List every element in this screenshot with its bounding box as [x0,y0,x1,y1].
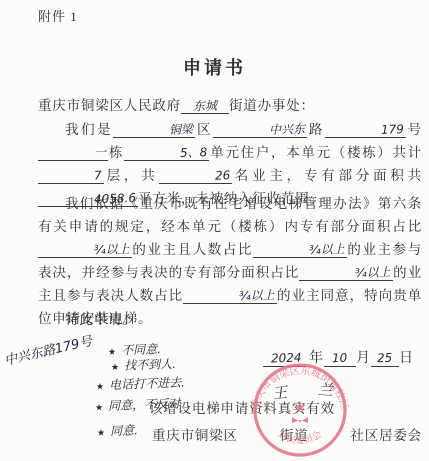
printed-text: 的业主且人数占比 [132,242,253,257]
star-icon: ★ [96,382,104,392]
committee-district: 重庆市铜梁区 [152,428,238,443]
printed-text: 名业主，专有部分面积共 [232,168,422,183]
printed-text: 我们依据《重庆市既有住宅增设电梯管理办法》第六条有关申请的规定，经本单元（楼栋）… [38,196,422,234]
handwritten-value: 中兴东 [242,122,305,138]
blank-fill: 5、8 [124,146,209,161]
handwritten-value: ¾以上 [328,265,391,281]
closing-line: 特此申请。 [38,308,429,328]
star-icon: ★ [95,403,103,413]
seal-star-icon: ★ [293,400,306,416]
official-seal: 重庆市铜梁区东城街道社区 居民委员会 ★ [250,360,350,460]
star-icon: ★ [97,428,105,438]
salutation-line: 重庆市铜梁区人民政府东城街道办事处： [38,94,422,117]
printed-text: 街道办事处： [229,98,315,113]
printed-text: 月 [356,351,371,366]
blank-fill: 东城 [181,99,229,114]
seal-handwritten-mark-left: 王 [271,381,288,403]
committee-label: 社区居委会 [350,428,422,443]
page-title: 申请书 [0,54,429,80]
printed-text: 层，共 [104,168,159,183]
printed-text: 栋 [108,145,124,160]
handwritten-value: 5、8 [153,145,208,161]
seal-arc-bottom-text: 居民委员会 [276,428,324,447]
handwritten-value: 一 [67,145,106,160]
blank-fill: 7 [38,169,104,184]
handwritten-value: 铜梁 [142,122,193,138]
seal-handwritten-mark-right: 兰 [317,379,333,401]
blank-fill: 26 [159,169,232,184]
blank-fill: 中兴东 [213,123,307,138]
blank-fill: ¾以上 [38,243,132,258]
handwritten-value: 7 [67,168,102,183]
printed-text: 日 [399,351,414,366]
application-document: 附件 1 申请书 重庆市铜梁区人民政府东城街道办事处： 我们是铜梁区中兴东路17… [0,0,429,461]
handwritten-value: 25 [377,351,393,366]
attachment-label: 附件 1 [38,6,78,25]
handwritten-value: 179 [354,122,404,138]
note-text: 找不到人. [124,357,176,373]
handwritten-value: ¾以上 [212,288,275,304]
handwritten-note-not-found: ★找不到人. [111,355,176,374]
handwritten-note-agree: ★同意. [97,421,138,439]
printed-text: 单元住户，本单元（楼栋）共计 [209,145,422,160]
blank-fill: 铜梁 [113,123,195,138]
printed-text: 我们是 [65,122,113,137]
handwritten-value: ¾以上 [67,242,130,258]
handwritten-value: 东城 [193,99,217,114]
note-text: 电话打不进去. [109,375,185,392]
handwritten-value: ¾以上 [282,242,345,258]
printed-text: 路 [307,122,325,137]
handwritten-note-phone: ★电话打不进去. [96,373,185,393]
printed-text: 号 [406,122,422,137]
handwritten-value: 26 [187,168,230,183]
printed-text: 区 [195,122,213,137]
blank-fill: ¾以上 [253,243,347,258]
note-text: 同意. [110,423,138,438]
blank-fill: 25 [371,351,399,367]
printed-text: 重庆市铜梁区人民政府 [38,98,181,113]
seal-ribbon [292,417,308,423]
handwritten-address-note: 中兴东路179号 [2,330,94,369]
blank-fill: 179 [325,123,406,138]
blank-fill: ¾以上 [299,266,393,281]
blank-fill: 一 [38,146,108,161]
blank-fill: ¾以上 [183,289,277,304]
star-icon: ★ [111,363,119,373]
